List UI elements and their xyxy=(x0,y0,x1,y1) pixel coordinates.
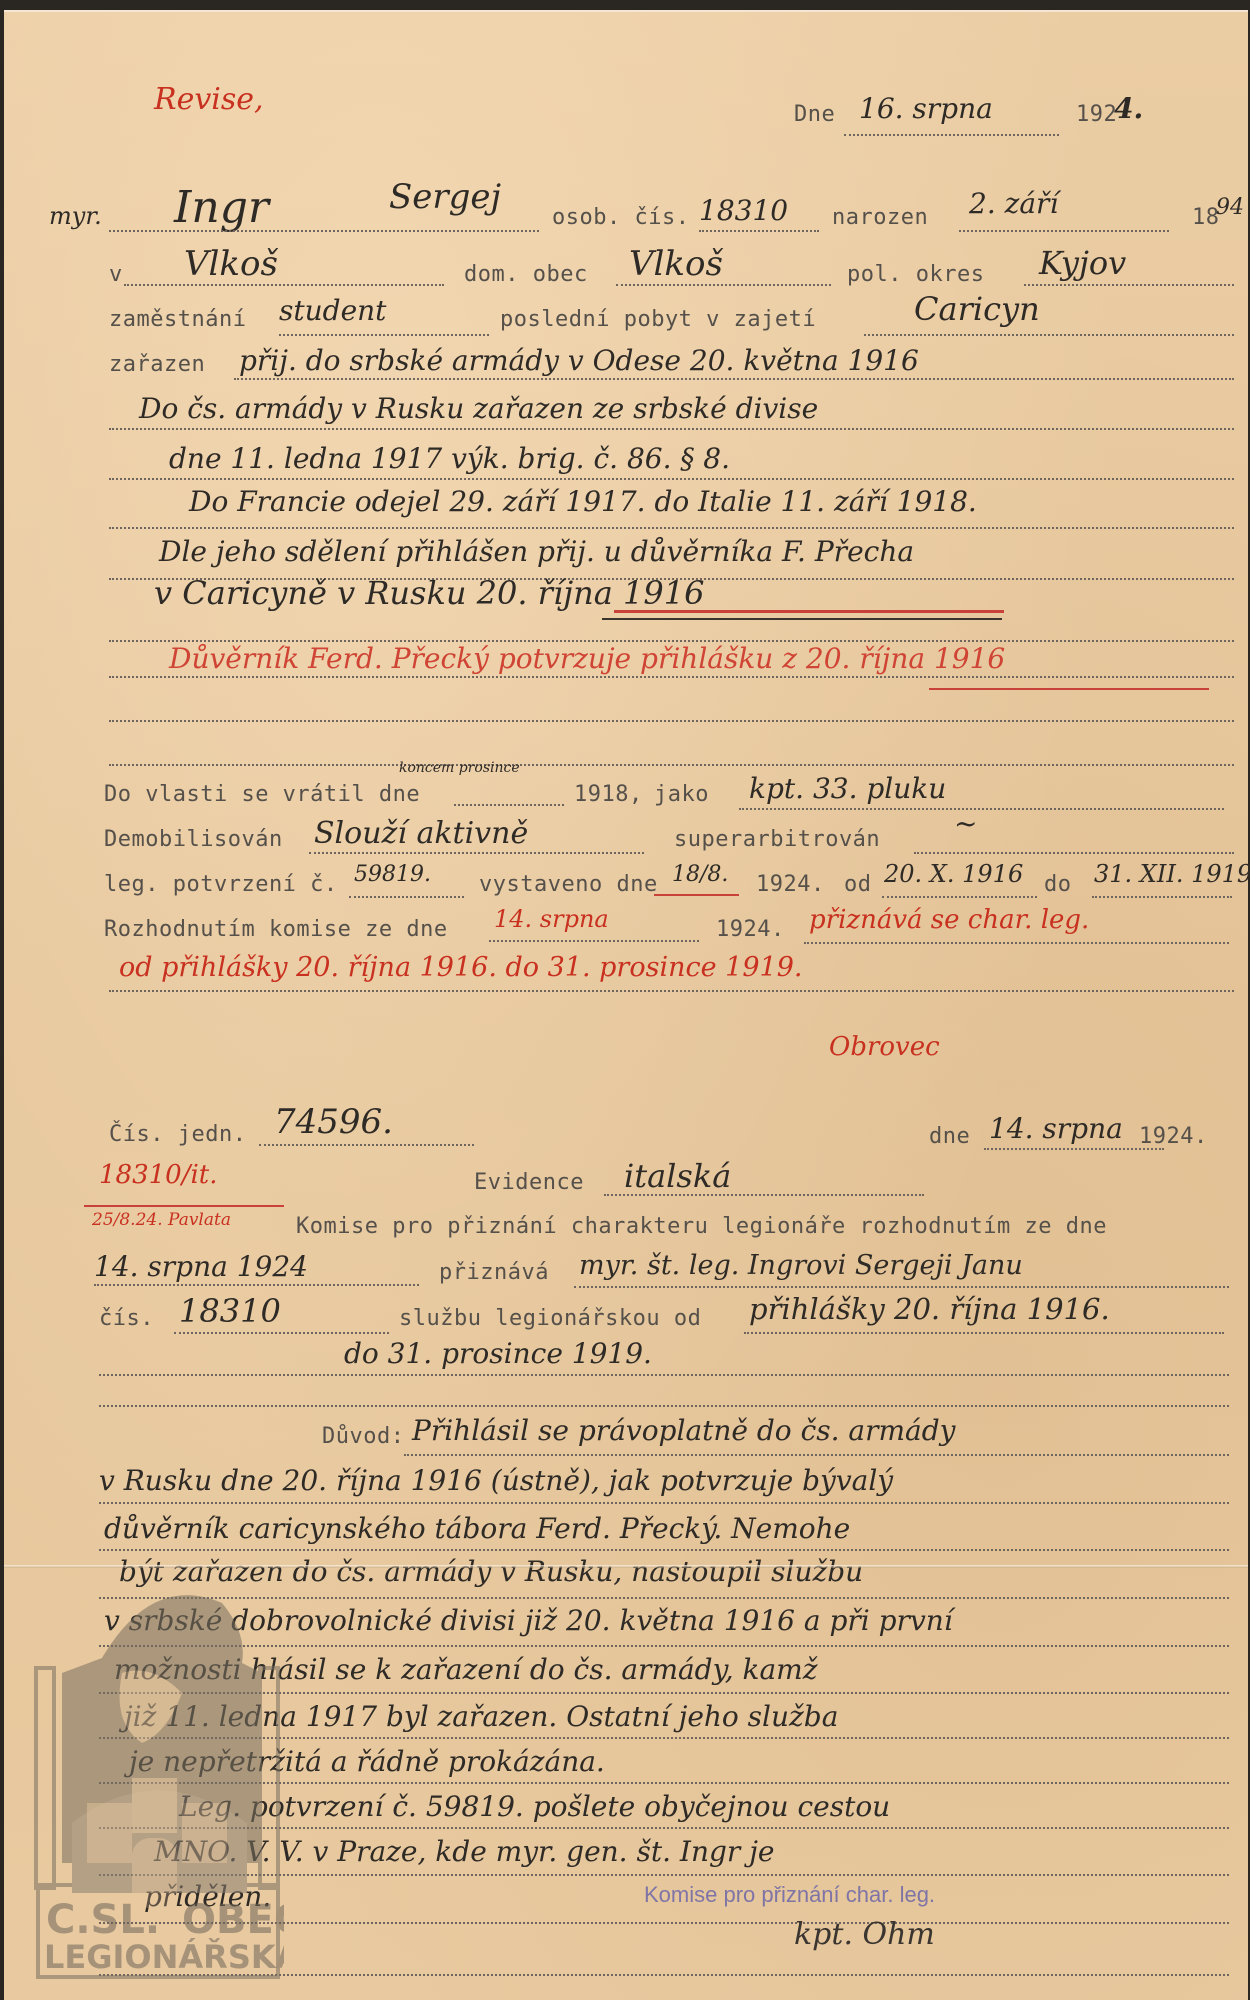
dotted-line xyxy=(882,896,1037,898)
issued-label: vystaveno dne xyxy=(479,872,658,897)
demobilized-value: Slouží aktivně xyxy=(314,816,528,851)
dotted-line xyxy=(699,230,819,232)
dotted-line xyxy=(616,284,831,286)
grantee: myr. št. leg. Ingrovi Sergeji Janu xyxy=(579,1250,1023,1281)
rank: myr. xyxy=(49,202,102,230)
dotted-line xyxy=(914,852,1234,854)
commission-label: Rozhodnutím komise ze dne xyxy=(104,917,448,942)
dotted-line xyxy=(99,1374,1229,1376)
return-label: Do vlasti se vrátil dne xyxy=(104,782,420,807)
return-as-label: jako xyxy=(654,782,709,807)
dotted-line xyxy=(404,1454,1229,1456)
evidence-date-year: 1924. xyxy=(1139,1124,1208,1149)
decision-date: 14. srpna 1924 xyxy=(94,1250,308,1283)
soldier-crest-icon: C.SL. OBEC LEGIONÁŘSKÁ xyxy=(32,1563,284,1991)
dotted-line xyxy=(454,804,564,806)
dotted-line xyxy=(99,1549,1229,1551)
dotted-line xyxy=(109,990,1234,992)
dotted-line xyxy=(109,527,1234,529)
dotted-line xyxy=(109,764,1234,766)
district: Kyjov xyxy=(1039,244,1126,282)
grants-label: přiznává xyxy=(439,1260,549,1285)
assignment-line-3: dne 11. ledna 1917 výk. brig. č. 86. § 8… xyxy=(169,442,730,475)
dotted-line xyxy=(109,230,539,232)
reason-line-9: Leg. potvrzení č. 59819. pošlete obyčejn… xyxy=(179,1790,890,1823)
from-label: od xyxy=(844,872,872,897)
dotted-line xyxy=(99,1405,1229,1407)
red-underline xyxy=(84,1205,284,1207)
service-to: do 31. prosince 1919. xyxy=(344,1337,652,1370)
reason-line-3: důvěrník caricynského tábora Ferd. Přeck… xyxy=(104,1512,850,1545)
reason-line-2: v Rusku dne 20. října 1916 (ústně), jak … xyxy=(99,1464,893,1497)
birthplace: Vlkoš xyxy=(184,244,278,284)
return-date-note: koncem prosince xyxy=(399,760,520,776)
red-signature: Obrovec xyxy=(829,1032,940,1062)
return-as-value: kpt. 33. pluku xyxy=(749,772,946,805)
last-captivity-label: poslední pobyt v zajetí xyxy=(500,307,816,332)
assignment-line-4: Do Francie odejel 29. září 1917. do Ital… xyxy=(189,485,977,518)
born-year-suffix: 94 xyxy=(1216,195,1244,220)
dotted-line xyxy=(744,1332,1224,1334)
leg-confirmation-no: 59819. xyxy=(354,862,431,887)
red-underline xyxy=(654,894,739,896)
svg-text:LEGIONÁŘSKÁ: LEGIONÁŘSKÁ xyxy=(44,1938,284,1976)
superarbitrated-label: superarbitrován xyxy=(674,827,880,852)
home-municipality: Vlkoš xyxy=(629,244,723,284)
evidence-date-value: 14. srpna xyxy=(989,1112,1123,1145)
dotted-line xyxy=(109,428,1234,430)
dotted-line xyxy=(349,896,464,898)
number-label: čís. xyxy=(99,1306,154,1331)
header-year-suffix: 4. xyxy=(1114,92,1143,125)
surname: Ingr xyxy=(174,182,269,233)
top-red-note: Revise, xyxy=(154,82,264,117)
demobilized-label: Demobilisován xyxy=(104,827,283,852)
given-name: Sergej xyxy=(389,177,501,217)
occupation: student xyxy=(279,294,386,327)
dotted-line xyxy=(864,334,1234,336)
dotted-line xyxy=(259,1144,474,1146)
red-date-note: 25/8.24. Pavlata xyxy=(92,1210,231,1230)
commission-date: 14. srpna xyxy=(494,905,609,933)
dotted-line xyxy=(124,284,444,286)
dotted-line xyxy=(984,1148,1164,1150)
dotted-line xyxy=(94,1284,419,1286)
service-label: službu legionářskou od xyxy=(399,1306,701,1331)
legion-logo-watermark: C.SL. OBEC LEGIONÁŘSKÁ xyxy=(32,1563,284,1991)
dotted-line xyxy=(1024,284,1234,286)
issued-year: 1924. xyxy=(756,872,825,897)
commission-decision-red: přiznává se char. leg. xyxy=(809,905,1089,935)
commission-year: 1924. xyxy=(716,917,785,942)
dotted-line xyxy=(574,1286,1229,1288)
personal-no: 18310 xyxy=(699,194,788,227)
dotted-line xyxy=(109,720,1234,722)
commission-decision-red-line2: od přihlášky 20. října 1916. do 31. pros… xyxy=(119,952,802,983)
dotted-line xyxy=(279,334,489,336)
to-label: do xyxy=(1044,872,1072,897)
last-captivity: Caricyn xyxy=(914,290,1040,328)
reason-line-1: Přihlásil se právoplatně do čs. armády xyxy=(412,1414,955,1447)
evidence-date-label: dne xyxy=(929,1124,970,1149)
dotted-line xyxy=(959,230,1169,232)
red-file-no: 18310/it. xyxy=(99,1160,218,1190)
dotted-line xyxy=(844,134,1059,136)
header-year-prefix: 192 xyxy=(1076,102,1117,127)
header-date-value: 16. srpna xyxy=(859,92,993,125)
issued-date: 18/8. xyxy=(672,862,728,887)
from-value: 20. X. 1916 xyxy=(884,860,1023,888)
dotted-line xyxy=(739,808,1224,810)
assignment-line-6: v Caricyně v Rusku 20. října 1916 xyxy=(154,574,704,612)
occupation-label: zaměstnání xyxy=(109,307,246,332)
red-underline xyxy=(929,688,1209,690)
dotted-line xyxy=(1092,896,1232,898)
return-year: 1918, xyxy=(574,782,643,807)
birthplace-label: v xyxy=(109,262,123,287)
leg-confirmation-label: leg. potvrzení č. xyxy=(104,872,338,897)
dotted-line xyxy=(109,478,1234,480)
born-label: narozen xyxy=(832,205,928,230)
red-trustee-note: Důvěrník Ferd. Přecký potvrzuje přihlášk… xyxy=(169,642,1005,675)
commission-text: Komise pro přiznání charakteru legionáře… xyxy=(296,1214,1107,1239)
home-municipality-label: dom. obec xyxy=(464,262,588,287)
service-from: přihlášky 20. října 1916. xyxy=(749,1292,1110,1326)
evidence-label: Evidence xyxy=(474,1170,584,1195)
ref-no: 74596. xyxy=(274,1102,393,1142)
dotted-line xyxy=(604,1194,924,1196)
red-underline xyxy=(614,610,1004,613)
born-date: 2. září xyxy=(969,187,1058,220)
personal-no-label: osob. čís. xyxy=(552,205,689,230)
to-value: 31. XII. 1919. xyxy=(1094,860,1250,888)
commission-stamp: Komise pro přiznání char. leg. xyxy=(644,1882,935,1908)
evidence-value: italská xyxy=(624,1157,731,1195)
dotted-line xyxy=(309,852,644,854)
assignment-line-1: přij. do srbské armády v Odese 20. květn… xyxy=(239,344,919,377)
dotted-line xyxy=(804,942,1229,944)
svg-text:C.SL.: C.SL. xyxy=(46,1897,160,1943)
ref-label: Čís. jedn. xyxy=(109,1122,246,1147)
assignment-line-2: Do čs. armády v Rusku zařazen ze srbské … xyxy=(139,392,818,425)
district-label: pol. okres xyxy=(847,262,984,287)
dotted-line xyxy=(99,1502,1229,1504)
dotted-line xyxy=(174,1332,389,1334)
dark-underline xyxy=(602,618,1002,620)
date-label: Dne xyxy=(794,102,835,127)
dotted-line xyxy=(109,676,1234,678)
commission-signature: kpt. Ohm xyxy=(794,1917,935,1952)
svg-text:OBEC: OBEC xyxy=(182,1897,284,1943)
superarbitrated-value: ~ xyxy=(954,807,977,840)
dotted-line xyxy=(234,378,1234,380)
assignment-label: zařazen xyxy=(109,352,205,377)
assignment-line-5: Dle jeho sdělení přihlášen přij. u důvěr… xyxy=(159,535,914,568)
number-value: 18310 xyxy=(179,1292,281,1330)
dotted-line xyxy=(489,940,699,942)
reason-label: Důvod: xyxy=(322,1424,404,1449)
